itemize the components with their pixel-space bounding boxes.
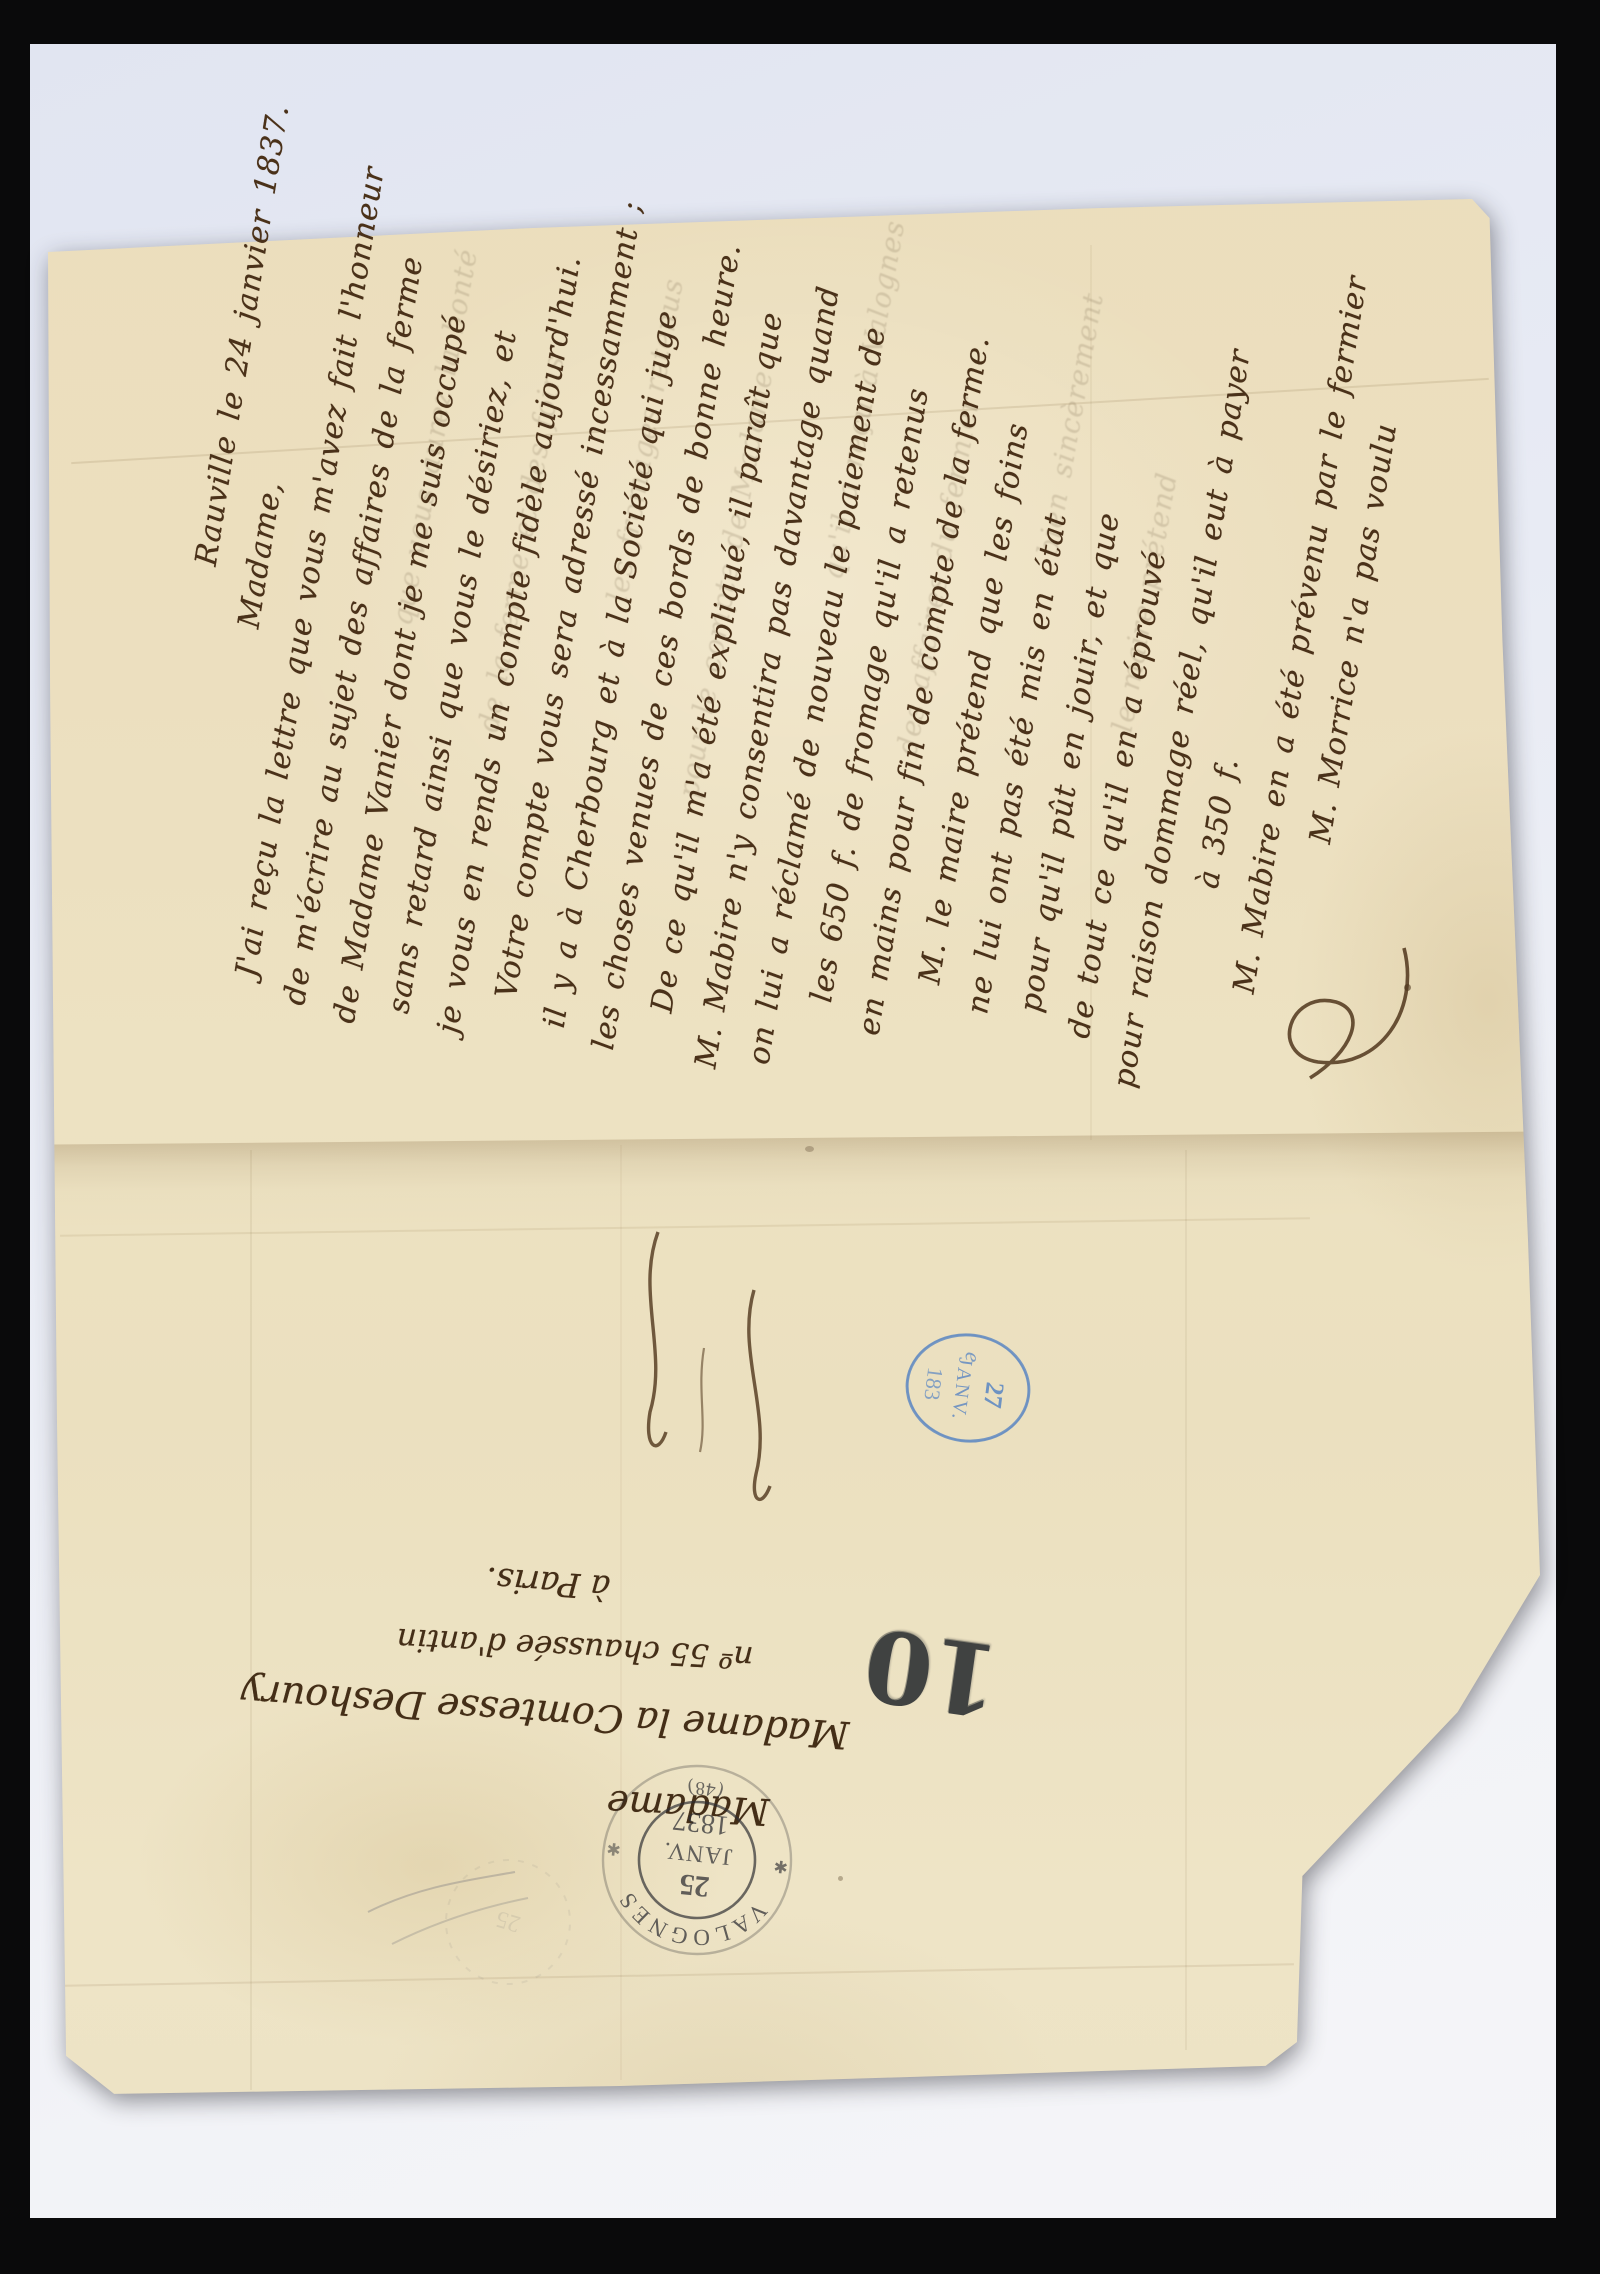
black-stamp-day: 25	[678, 1867, 711, 1903]
blue-stamp-year: 183	[919, 1366, 948, 1402]
signature-flourish	[1289, 948, 1407, 1078]
black-stamp-year: 1837	[671, 1804, 730, 1841]
black-stamp-fleuron-right: ✱	[606, 1839, 622, 1859]
tax-mark-10: 10	[848, 1586, 1017, 1755]
blue-stamp-month: JANV.	[947, 1356, 977, 1422]
postmark-valognes: VALOGNES (48) ✱ ✱ 25 JANV. 1837	[565, 1726, 829, 1994]
letter-photo: que vous aurez la bontéde la ferme et de…	[0, 0, 1600, 2274]
black-stamp-fleuron-left: ✱	[773, 1856, 789, 1876]
svg-text:(48): (48)	[683, 1775, 726, 1803]
pen-flourish	[649, 1232, 666, 1446]
blue-stamp-day: 27	[978, 1381, 1010, 1410]
black-stamp-department: (48)	[683, 1775, 726, 1803]
pen-flourish	[700, 1348, 704, 1452]
postmark-arrival-blue: e 27 JANV. 183	[884, 1307, 1052, 1468]
pen-flourish	[749, 1290, 770, 1499]
echo-stamp-fragment: 25	[493, 1905, 523, 1937]
